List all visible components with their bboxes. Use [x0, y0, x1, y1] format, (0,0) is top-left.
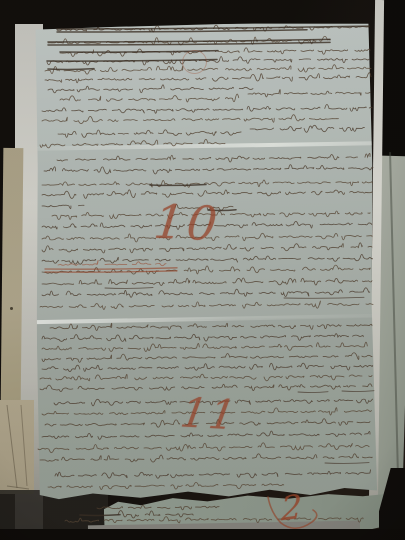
page-fragment-top — [34, 22, 375, 148]
background-shadow-top-right — [381, 0, 405, 164]
ink-speck — [10, 307, 13, 310]
photographed-manuscript: 10 11 2 — [0, 0, 405, 540]
page-fragment-bottom — [37, 317, 379, 500]
tan-paper-strip-left — [1, 148, 24, 410]
tan-paper-piece-bottom-left — [0, 400, 34, 494]
manuscript-page — [34, 22, 379, 500]
background-shadow-bottom — [0, 529, 405, 540]
